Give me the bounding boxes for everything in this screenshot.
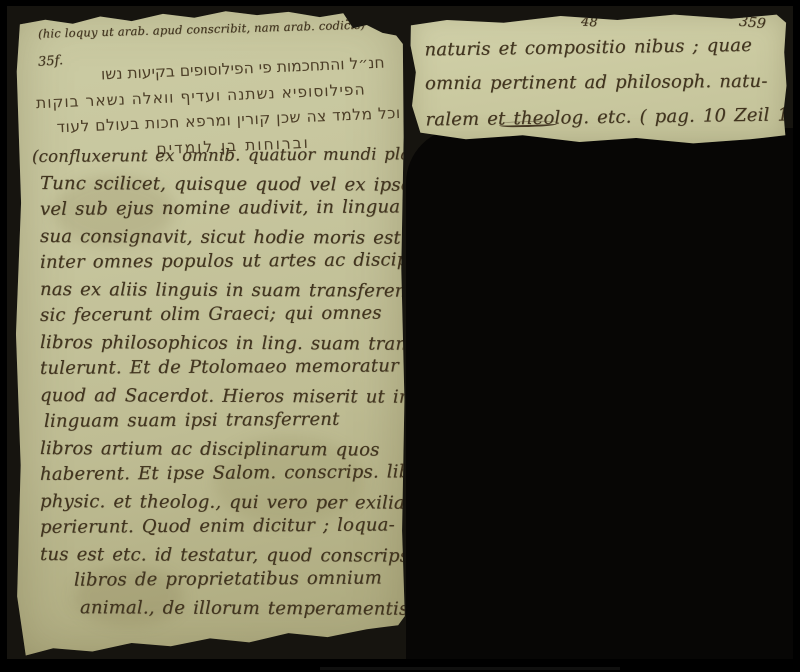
latin-text-block: (confluxerunt ex omnib. quatuor mundi pl… <box>26 144 402 621</box>
manuscript-text-line: inter omnes populos ut artes ac discipli… <box>26 247 402 276</box>
manuscript-text-line: haberent. Et ipse Salom. conscrips. libr… <box>26 459 402 488</box>
manuscript-text-line: perierunt. Quod enim dicitur ; loqua- <box>26 512 402 541</box>
black-void-rounded-corner <box>406 128 793 659</box>
right-manuscript-fragment: 48 359 naturis et compositio nibus ; qua… <box>409 12 788 146</box>
scan-bottom-border <box>0 659 800 672</box>
manuscript-text-line: ralem et theolog. etc. ( pag. 10 Zeil 11… <box>425 98 781 138</box>
left-manuscript-page: (hic loquy ut arab. apud conscribit, nam… <box>14 6 406 662</box>
manuscript-text-line: animal., de illorum temperamentis <box>26 595 402 623</box>
manuscript-text-line: tulerunt. Et de Ptolomaeo memoratur <box>26 353 402 382</box>
manuscript-scan-page: { "colors": { "background": "#000000", "… <box>0 0 800 672</box>
marginal-header-note: (hic loquy ut arab. apud conscribit, nam… <box>38 17 383 41</box>
manuscript-text-line: vel sub ejus nomine audivit, in lingua <box>26 194 402 223</box>
scan-seam <box>320 667 620 670</box>
latin-text-block: naturis et compositio nibus ; quae omnia… <box>424 28 781 138</box>
manuscript-text-line: omnia pertinent ad philosoph. natu- <box>425 64 781 101</box>
manuscript-text-line: linguam suam ipsi transferrent <box>26 406 402 435</box>
manuscript-text-line: (confluxerunt ex omnib. quatuor mundi pl… <box>26 141 402 170</box>
manuscript-text-line: libros de proprietatibus omnium <box>26 565 402 594</box>
manuscript-text-line: sic fecerunt olim Graeci; qui omnes <box>26 300 402 329</box>
manuscript-text-line: naturis et compositio nibus ; quae <box>424 28 780 68</box>
